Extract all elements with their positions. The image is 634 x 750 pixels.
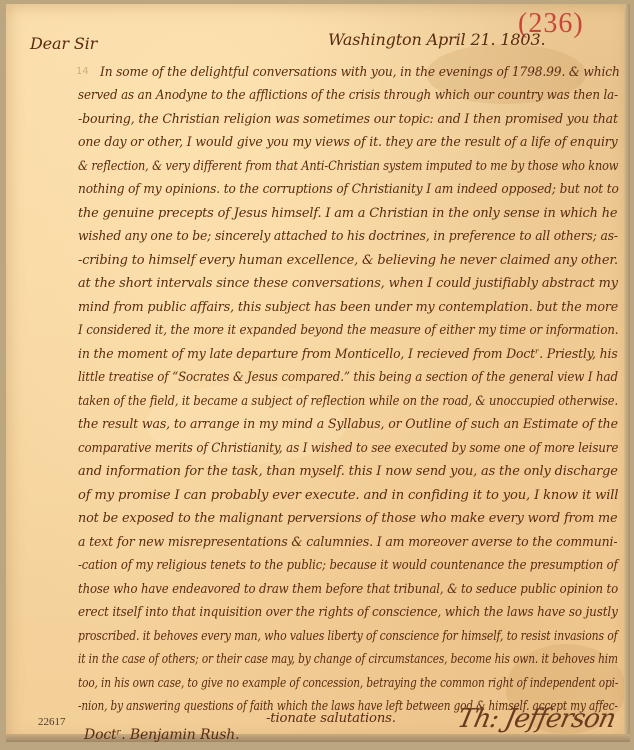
letter-line: a text for new misrepresentations & calu… — [78, 536, 617, 549]
manuscript-number: 22617 — [38, 716, 66, 728]
dateline: Washington April 21. 1803. — [328, 32, 545, 48]
letter-line: nothing of my opinions. to the corruptio… — [78, 183, 619, 196]
letter-line: In some of the delightful conversations … — [100, 66, 620, 79]
letter-line: in the moment of my late departure from … — [78, 348, 618, 361]
letter-line: I considered it, the more it expanded be… — [78, 324, 618, 337]
letter-line: & reflection, & very different from that… — [78, 160, 618, 173]
letter-line: mind from public affairs, this subject h… — [78, 301, 618, 314]
letter-line: wished any one to be; sincerely attached… — [78, 230, 618, 243]
page-edge-right — [624, 4, 630, 742]
letter-line: of my promise I can probably ever execut… — [78, 489, 618, 502]
letter-line: it in the case of others; or their case … — [78, 653, 618, 666]
pencil-annotation: 14 — [76, 66, 89, 77]
letter-line: too, in his own case, to give no example… — [78, 677, 618, 690]
addressee: Doctʳ. Benjamin Rush. — [84, 728, 239, 742]
letter-line: served as an Anodyne to the afflictions … — [78, 89, 618, 102]
closing-line: -tionate salutations. — [266, 712, 396, 725]
letter-line: not be exposed to the malignant perversi… — [78, 512, 617, 525]
signature: Th: Jefferson — [455, 704, 618, 734]
letter-line: taken of the field, it became a subject … — [78, 395, 618, 408]
letter-line: little treatise of “Socrates & Jesus com… — [78, 371, 618, 384]
letter-line: -bouring, the Christian religion was som… — [78, 113, 618, 126]
letter-line: at the short intervals since these conve… — [78, 277, 618, 290]
letter-line: the result was, to arrange in my mind a … — [78, 418, 618, 431]
letter-line: one day or other, I would give you my vi… — [78, 136, 618, 149]
letter-line: the genuine precepts of Jesus himself. I… — [78, 207, 617, 220]
letter-line: proscribed. it behoves every man, who va… — [78, 630, 618, 643]
letter-line: those who have endeavored to draw them b… — [78, 583, 618, 596]
letter-line: -cribing to himself every human excellen… — [78, 254, 618, 267]
letter-line: comparative merits of Christianity, as I… — [78, 442, 618, 455]
letter-line: -cation of my religious tenets to the pu… — [78, 559, 618, 572]
letter-line: erect itself into that inquisition over … — [78, 606, 618, 619]
letter-line: and information for the task, than mysel… — [78, 465, 618, 478]
salutation: Dear Sir — [30, 36, 97, 52]
